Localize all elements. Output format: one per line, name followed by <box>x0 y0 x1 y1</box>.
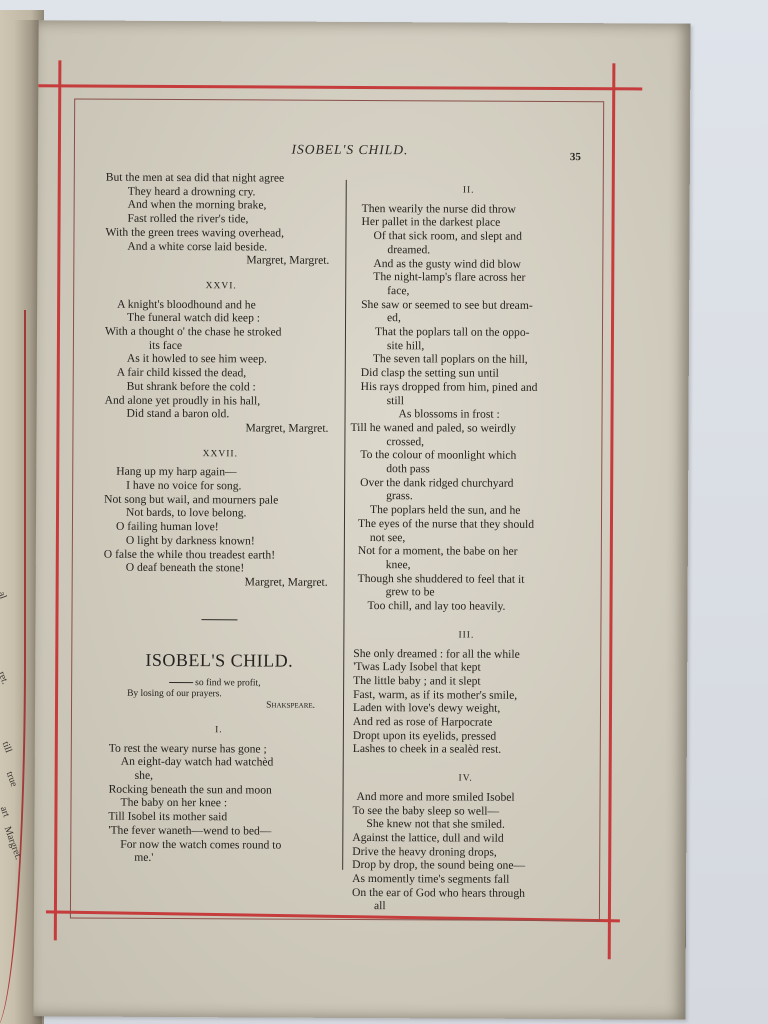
verse-line: Though she shuddered to feel that it <box>354 572 580 587</box>
section-rule <box>201 619 237 621</box>
stanza-number: IV. <box>353 772 579 787</box>
verse-line: And alone yet proudly in his hall, <box>105 393 337 408</box>
red-rule-top <box>38 84 642 90</box>
verse-line: She saw or seemed to see but dream- <box>355 298 581 313</box>
verse-line: But shrank before the cold : <box>105 379 337 394</box>
verse-line: The poplars held the sun, and he <box>354 503 580 518</box>
stanza-number: III. <box>353 629 579 644</box>
right-column: II. Then wearily the nurse did throw Her… <box>352 172 582 914</box>
verse-line: The seven tall poplars on the hill, <box>355 352 581 367</box>
book-page: ISOBEL'S CHILD. 35 But the men at sea di… <box>33 20 690 1019</box>
verse-line: me.' <box>102 851 334 866</box>
verse-line: Not song but wail, and mourners pale <box>104 492 336 507</box>
verse-line: But the men at sea did that night agree <box>106 171 338 186</box>
verse-line: To rest the weary nurse has gone ; <box>103 741 335 756</box>
verse-line: Not for a moment, the babe on her <box>354 544 580 559</box>
verse-line: ed, <box>355 311 581 326</box>
verse-line: Drive the heavy droning drops, <box>352 845 578 860</box>
verse-line: Till Isobel its mother said <box>102 810 334 825</box>
stanza-number: I. <box>103 724 335 739</box>
verse-line: She only dreamed : for all the while <box>353 646 579 661</box>
verse-line: That the poplars tall on the oppo- <box>355 325 581 340</box>
verse-line: And a white corse laid beside. <box>105 239 337 254</box>
verse-line: I have no voice for song. <box>104 479 336 494</box>
red-rule-left <box>54 60 62 940</box>
refrain-line: Margret, Margret. <box>104 421 336 436</box>
verse-line: As momently time's segments fall <box>352 872 578 887</box>
verse-line: And when the morning brake, <box>106 198 338 213</box>
epigraph: so find we profit, By losing of our pray… <box>103 678 335 712</box>
stanza-xxvi: A knight's bloodhound and he The funeral… <box>104 297 337 435</box>
verse-line: To see the baby sleep so well— <box>352 803 578 818</box>
epigraph-attribution: Shakspeare. <box>103 700 335 712</box>
verse-line: O failing human love! <box>104 520 336 535</box>
stanza-ii: Then wearily the nurse did throw Her pal… <box>354 202 582 614</box>
verse-line: As it howled to see him weep. <box>105 352 337 367</box>
verse-line: Fast, warm, as if its mother's smile, <box>353 688 579 703</box>
refrain-line: Margret, Margret. <box>105 253 337 268</box>
verse-line: The eyes of the nurse that they should <box>354 517 580 532</box>
left-column: But the men at sea did that night agree … <box>102 171 338 866</box>
stanza-continuation: But the men at sea did that night agree … <box>105 171 337 268</box>
verse-line: Dropt upon its eyelids, pressed <box>353 729 579 744</box>
verse-line: Lashes to cheek in a sealèd rest. <box>353 742 579 757</box>
verse-line: With a thought o' the chase he stroked <box>105 325 337 340</box>
verse-line: Drop by drop, the sound being one— <box>352 858 578 873</box>
verse-line: dreamed. <box>355 243 581 258</box>
verse-line: On the ear of God who hears through <box>352 886 578 901</box>
verse-line: O false the while thou treadest earth! <box>104 547 336 562</box>
verse-line: And red as rose of Harpocrate <box>353 715 579 730</box>
verse-line: They heard a drowning cry. <box>106 184 338 199</box>
verse-line: For now the watch comes round to <box>102 837 334 852</box>
verse-line: To the colour of moonlight which <box>354 448 580 463</box>
verse-line: His rays dropped from him, pined and <box>355 380 581 395</box>
stanza-iv: And more and more smiled Isobel To see t… <box>352 790 579 915</box>
verse-line: grass. <box>354 489 580 504</box>
verse-line: not see, <box>354 531 580 546</box>
verse-line: The night-lamp's flare across her <box>355 270 581 285</box>
verse-line: Did clasp the setting sun until <box>355 366 581 381</box>
verse-line: Rocking beneath the sun and moon <box>103 782 335 797</box>
verse-line: The baby on her knee : <box>102 796 334 811</box>
verse-line: Then wearily the nurse did throw <box>356 202 582 217</box>
verse-line: Not bards, to love belong. <box>104 506 336 521</box>
red-rule-right <box>608 63 616 959</box>
verse-line: And as the gusty wind did blow <box>355 256 581 271</box>
verse-line: site hill, <box>355 339 581 354</box>
verse-line: Fast rolled the river's tide, <box>106 212 338 227</box>
verse-line: Till he waned and paled, so weirdly <box>350 421 580 436</box>
verse-line: Her pallet in the darkest place <box>356 215 582 230</box>
verse-line: As blossoms in frost : <box>355 407 581 422</box>
verse-line: Did stand a baron old. <box>105 407 337 422</box>
verse-line: Too chill, and lay too heavily. <box>354 599 580 614</box>
verse-line: its face <box>105 338 337 353</box>
verse-line: grew to be <box>354 585 580 600</box>
page-number: 35 <box>570 151 581 163</box>
verse-line: With the green trees waving overhead, <box>105 225 337 240</box>
verse-line: Laden with love's dewy weight, <box>353 701 579 716</box>
verse-line: The funeral watch did keep : <box>105 311 337 326</box>
verse-line: face, <box>355 284 581 299</box>
verse-line: 'Twas Lady Isobel that kept <box>353 660 579 675</box>
verse-line: still <box>355 394 581 409</box>
verse-line: And more and more smiled Isobel <box>353 790 579 805</box>
refrain-line: Margret, Margret. <box>104 575 336 590</box>
verse-line: A fair child kissed the dead, <box>105 366 337 381</box>
verse-line: all <box>352 899 578 914</box>
verse-line: knee, <box>354 558 580 573</box>
verse-line: doth pass <box>354 462 580 477</box>
epigraph-line: By losing of our prayers. <box>103 689 335 701</box>
verse-line: The little baby ; and it slept <box>353 674 579 689</box>
verse-line: An eight-day watch had watchèd <box>103 755 335 770</box>
verse-line: Against the lattice, dull and wild <box>352 831 578 846</box>
verse-line: Of that sick room, and slept and <box>355 229 581 244</box>
verse-line: crossed, <box>354 435 580 450</box>
stanza-iii: She only dreamed : for all the while 'Tw… <box>353 646 580 757</box>
verse-line: she, <box>103 769 335 784</box>
verse-line: Hang up my harp again— <box>104 465 336 480</box>
stanza-number: XXVI. <box>105 280 337 295</box>
stanza-number: II. <box>356 184 582 199</box>
verse-line: Over the dank ridged churchyard <box>354 476 580 491</box>
stanza-i: To rest the weary nurse has gone ; An ei… <box>102 741 335 866</box>
stanza-number: XXVII. <box>104 447 336 462</box>
stanza-xxvii: Hang up my harp again— I have no voice f… <box>104 465 337 590</box>
verse-line: O light by darkness known! <box>104 534 336 549</box>
poem-title: ISOBEL'S CHILD. <box>103 654 335 669</box>
verse-line: A knight's bloodhound and he <box>105 297 337 312</box>
verse-line: O deaf beneath the stone! <box>104 561 336 576</box>
verse-line: She knew not that she smiled. <box>352 817 578 832</box>
verse-line: 'The fever waneth—wend to bed— <box>102 823 334 838</box>
